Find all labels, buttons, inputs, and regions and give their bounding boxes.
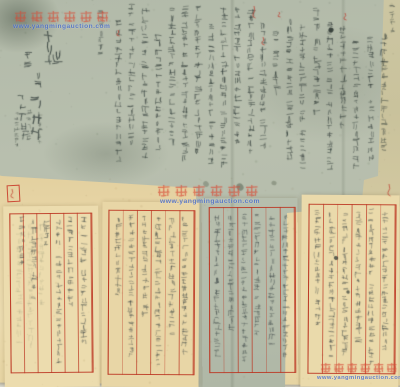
red-ruled-frame: [307, 204, 396, 375]
red-ruled-frame: [9, 213, 93, 374]
document-photo: www.yangmingauction.com www.yangmingauct…: [0, 0, 400, 387]
watermark-url: www.yangmingauction.com: [317, 375, 400, 381]
red-ruled-frame: [108, 210, 196, 375]
ruled-page-1: [3, 206, 100, 387]
ruled-page-2: [102, 202, 200, 387]
red-ruled-frame: [209, 207, 297, 373]
red-seal: [7, 185, 21, 203]
watermark-url: www.yangmingauction.com: [13, 23, 110, 30]
ruled-page-3: [202, 198, 299, 387]
ruled-page-4: [300, 195, 399, 387]
watermark-url: www.yangmingauction.com: [160, 198, 260, 205]
